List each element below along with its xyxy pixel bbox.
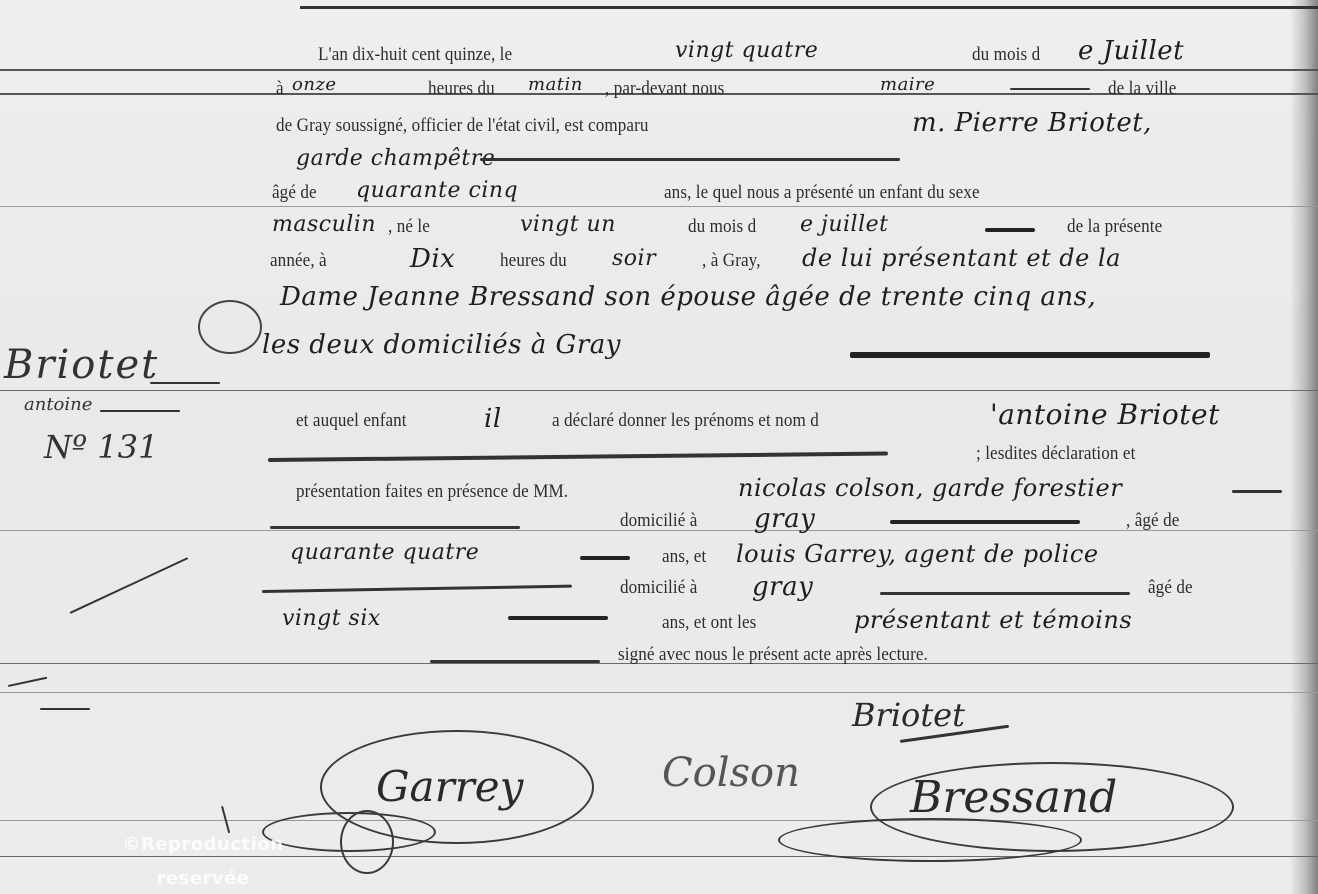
- printed-text: , par-devant nous: [605, 78, 724, 100]
- signature-bressand: Bressand: [910, 772, 1117, 823]
- filler-stroke: [880, 592, 1130, 595]
- handwritten-day: vingt quatre: [675, 38, 818, 63]
- signature-flourish: [778, 818, 1082, 862]
- top-rule: [300, 6, 1318, 9]
- handwritten-age: quarante cinq: [356, 178, 518, 203]
- stray-stroke: [8, 677, 48, 687]
- filler-stroke: [890, 520, 1080, 524]
- filler-stroke: [480, 158, 900, 161]
- ruled-line: [0, 856, 1318, 857]
- act-number: Nº 131: [44, 428, 158, 466]
- handwritten-period: matin: [528, 74, 583, 95]
- handwritten-witness-2-residence: gray: [752, 572, 813, 602]
- register-page: Briotet antoine Nº 131 L'an dix-huit cen…: [0, 0, 1318, 894]
- handwritten-mother: Dame Jeanne Bressand son épouse âgée de …: [280, 282, 1096, 312]
- printed-text: ans, le quel nous a présenté un enfant d…: [664, 182, 980, 204]
- printed-text: domicilié à: [620, 577, 697, 599]
- printed-text: de Gray soussigné, officier de l'état ci…: [276, 115, 649, 137]
- filler-stroke: [1010, 88, 1090, 90]
- flourish-mark: [198, 300, 262, 354]
- printed-text: âgé de: [1148, 577, 1193, 599]
- signature-garrey: Garrey: [376, 762, 523, 811]
- printed-text: L'an dix-huit cent quinze, le: [318, 44, 512, 66]
- signature-colson: Colson: [662, 750, 800, 796]
- handwritten-birth-hour: Dix: [410, 244, 455, 274]
- printed-text: ; lesdites déclaration et: [976, 443, 1135, 465]
- signature-briotet: Briotet: [852, 696, 965, 734]
- handwritten-birth-period: soir: [612, 246, 656, 271]
- filler-stroke: [1232, 490, 1282, 493]
- printed-text: présentation faites en présence de MM.: [296, 481, 568, 503]
- watermark-line-2: reservée: [108, 868, 298, 889]
- handwritten-signatories: présentant et témoins: [854, 606, 1132, 634]
- ruled-line: [0, 206, 1318, 207]
- printed-text: ans, et: [662, 546, 706, 568]
- handwritten-hour: onze: [292, 74, 337, 95]
- handwritten-month: e Juillet: [1078, 36, 1184, 66]
- printed-text: , à Gray,: [702, 250, 761, 272]
- ruled-line: [0, 390, 1318, 391]
- handwritten-pronoun: il: [484, 404, 502, 434]
- margin-surname: Briotet: [4, 342, 159, 388]
- filler-stroke: [508, 616, 608, 620]
- handwritten-birth-day: vingt un: [520, 212, 616, 237]
- filler-stroke: [270, 526, 520, 529]
- ruled-line: [0, 69, 1318, 71]
- handwritten-text: de lui présentant et de la: [802, 244, 1121, 272]
- filler-stroke: [985, 228, 1035, 232]
- printed-text: du mois d: [972, 44, 1040, 66]
- margin-given-name: antoine: [24, 394, 92, 415]
- handwritten-occupation: garde champêtre: [296, 146, 495, 171]
- signature-flourish: [340, 810, 394, 874]
- handwritten-child-name: 'antoine Briotet: [990, 398, 1220, 431]
- handwritten-title: maire: [880, 74, 935, 95]
- handwritten-witness-1-residence: gray: [754, 504, 815, 534]
- stray-stroke: [40, 708, 90, 710]
- printed-text: à: [276, 78, 284, 100]
- watermark-line-1: ©Reproduction: [108, 834, 298, 855]
- printed-text: , né le: [388, 216, 430, 238]
- printed-text: âgé de: [272, 182, 317, 204]
- printed-text: , âgé de: [1126, 510, 1179, 532]
- printed-text: domicilié à: [620, 510, 697, 532]
- handwritten-residence: les deux domiciliés à Gray: [262, 330, 621, 360]
- underline-stroke: [150, 382, 220, 384]
- printed-text: signé avec nous le présent acte après le…: [618, 644, 928, 666]
- printed-text: et auquel enfant: [296, 410, 407, 432]
- filler-stroke: [268, 452, 888, 462]
- handwritten-witness-1-age: quarante quatre: [290, 540, 479, 565]
- handwritten-declarant: m. Pierre Briotet,: [912, 108, 1152, 138]
- printed-text: de la présente: [1067, 216, 1162, 238]
- handwritten-witness-1: nicolas colson, garde forestier: [738, 474, 1122, 502]
- handwritten-witness-2-age: vingt six: [282, 606, 381, 631]
- underline-stroke: [100, 410, 180, 412]
- stray-stroke: [70, 557, 189, 614]
- printed-text: heures du: [428, 78, 495, 100]
- handwritten-witness-2: louis Garrey, agent de police: [736, 540, 1099, 568]
- printed-text: de la ville: [1108, 78, 1176, 100]
- ruled-line: [0, 692, 1318, 693]
- printed-text: du mois d: [688, 216, 756, 238]
- printed-text: a déclaré donner les prénoms et nom d: [552, 410, 819, 432]
- filler-stroke: [580, 556, 630, 560]
- filler-stroke: [430, 660, 600, 663]
- printed-text: heures du: [500, 250, 567, 272]
- handwritten-sex: masculin: [272, 212, 376, 237]
- handwritten-birth-month: e juillet: [800, 212, 888, 237]
- filler-stroke: [850, 352, 1210, 358]
- printed-text: ans, et ont les: [662, 612, 756, 634]
- printed-text: année, à: [270, 250, 327, 272]
- filler-stroke: [262, 585, 572, 593]
